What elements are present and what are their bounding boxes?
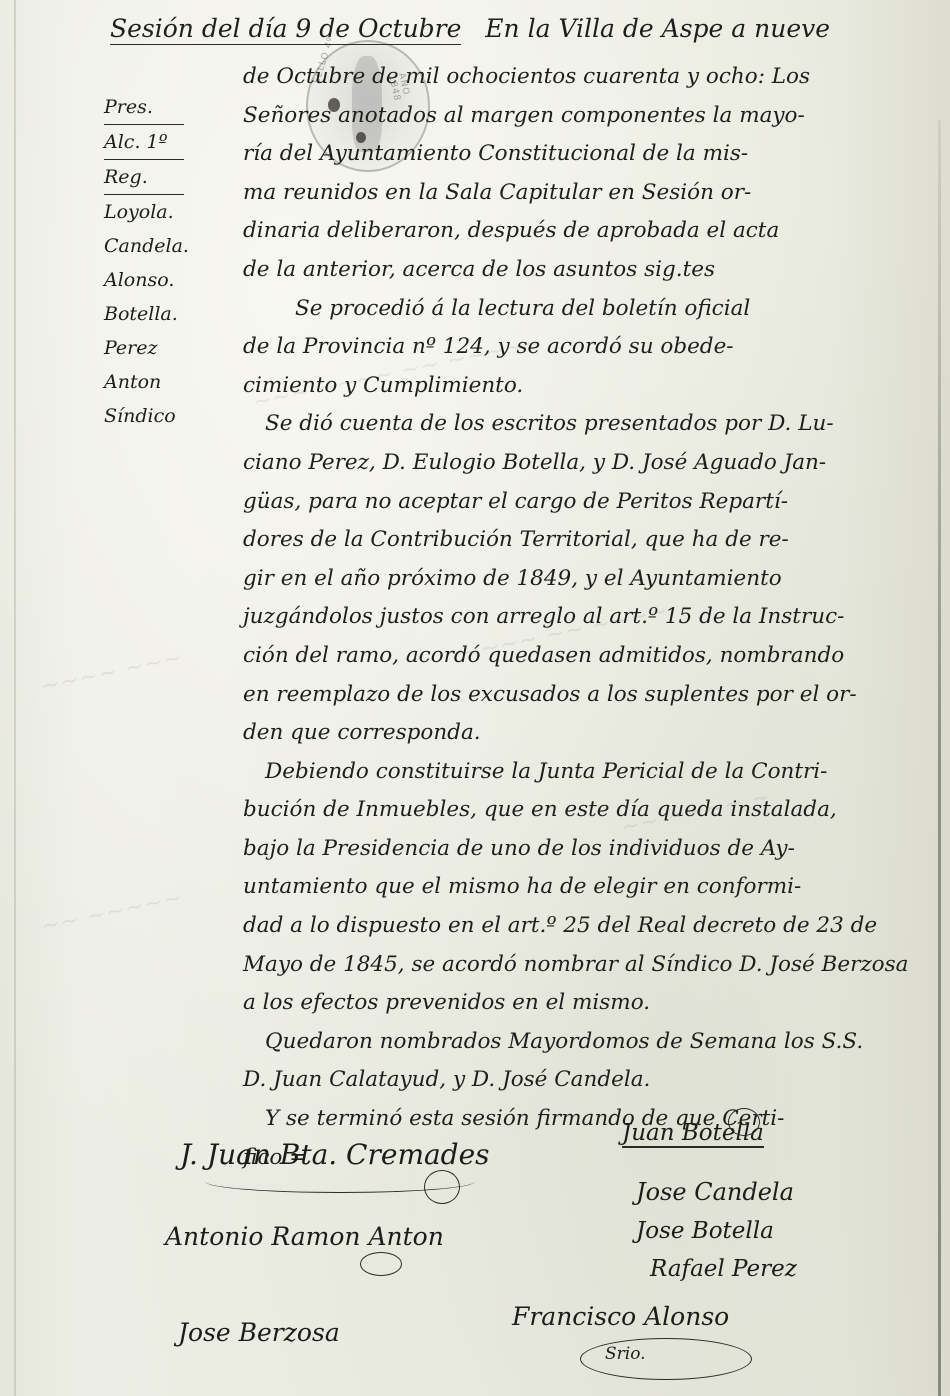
text-line: Y se terminó esta sesión firmando de que… (243, 1100, 883, 1139)
margin-attendee: Perez (104, 331, 214, 365)
text-line: bución de Inmuebles, que en este día que… (243, 791, 883, 830)
opening-text: En la Villa de Aspe a nueve (485, 14, 830, 43)
bleed-through-text: ~~ ~~~~~ (39, 885, 185, 939)
secretary-mark: Srio. (605, 1344, 646, 1364)
signature-jose-botella: Jose Botella (636, 1218, 774, 1244)
page-edge-right (938, 120, 941, 1396)
text-line: ría del Ayuntamiento Constitucional de l… (243, 135, 883, 174)
text-line: untamiento que el mismo ha de elegir en … (243, 868, 883, 907)
text-line: dores de la Contribución Territorial, qu… (243, 521, 883, 560)
text-line: dad a lo dispuesto en el art.º 25 del Re… (243, 907, 883, 946)
margin-attendees: Pres. Alc. 1º Reg. Loyola. Candela. Alon… (104, 90, 214, 433)
page-fold-left (14, 0, 16, 1396)
signature-cremades: J. Juan Bta. Cremades (180, 1138, 490, 1171)
minutes-body: de Octubre de mil ochocientos cuarenta y… (243, 58, 883, 1177)
signature-rubric (424, 1170, 460, 1204)
margin-attendee: Pres. (104, 90, 184, 125)
margin-attendee: Síndico (104, 399, 214, 433)
bleed-through-text: ~~~~ ~~~ (39, 645, 185, 699)
text-line: Mayo de 1845, se acordó nombrar al Síndi… (243, 946, 883, 985)
margin-attendee: Candela. (104, 229, 214, 263)
margin-attendee: Alonso. (104, 263, 214, 297)
signature-rubric (728, 1108, 760, 1136)
margin-attendee: Botella. (104, 297, 214, 331)
signature-alonso: Francisco Alonso (512, 1302, 729, 1331)
text-line: Quedaron nombrados Mayordomos de Semana … (243, 1023, 883, 1062)
text-line: de la Provincia nº 124, y se acordó su o… (243, 328, 883, 367)
signature-rubric (360, 1252, 402, 1276)
margin-attendee: Alc. 1º (104, 125, 184, 160)
session-header: Sesión del día 9 de Octubre En la Villa … (110, 14, 830, 43)
text-line: juzgándolos justos con arreglo al art.º … (243, 598, 883, 637)
margin-attendee: Loyola. (104, 195, 214, 229)
text-line: D. Juan Calatayud, y D. José Candela. (243, 1061, 883, 1100)
text-line: gir en el año próximo de 1849, y el Ayun… (243, 560, 883, 599)
text-line: güas, para no aceptar el cargo de Perito… (243, 483, 883, 522)
text-line: ción del ramo, acordó quedasen admitidos… (243, 637, 883, 676)
margin-attendee: Anton (104, 365, 214, 399)
manuscript-page: ~~~ ~~~~ ~~ ~~~~~ ~~~~ ~~ ~~~~ ~~ ~~~~ ~… (0, 0, 950, 1396)
text-line: en reemplazo de los excusados a los supl… (243, 676, 883, 715)
signature-anton: Antonio Ramon Anton (165, 1222, 444, 1251)
text-line: ma reunidos en la Sala Capitular en Sesi… (243, 174, 883, 213)
signature-rafael-perez: Rafael Perez (650, 1256, 797, 1282)
text-line: bajo la Presidencia de uno de los indivi… (243, 830, 883, 869)
text-line: den que corresponda. (243, 714, 883, 753)
text-line: Se dió cuenta de los escritos presentado… (243, 405, 883, 444)
text-line: dinaria deliberaron, después de aprobada… (243, 212, 883, 251)
text-line: de la anterior, acerca de los asuntos si… (243, 251, 883, 290)
text-line: ciano Perez, D. Eulogio Botella, y D. Jo… (243, 444, 883, 483)
text-line: Se procedió á la lectura del boletín ofi… (243, 290, 883, 329)
text-line: Debiendo constituirse la Junta Pericial … (243, 753, 883, 792)
text-line: cimiento y Cumplimiento. (243, 367, 883, 406)
margin-attendee: Reg. (104, 160, 184, 195)
signature-berzosa: Jose Berzosa (178, 1318, 340, 1347)
text-line: de Octubre de mil ochocientos cuarenta y… (243, 58, 883, 97)
session-title: Sesión del día 9 de Octubre (110, 14, 461, 45)
signature-jose-candela: Jose Candela (636, 1178, 794, 1206)
text-line: Señores anotados al margen componentes l… (243, 97, 883, 136)
text-line: a los efectos prevenidos en el mismo. (243, 984, 883, 1023)
